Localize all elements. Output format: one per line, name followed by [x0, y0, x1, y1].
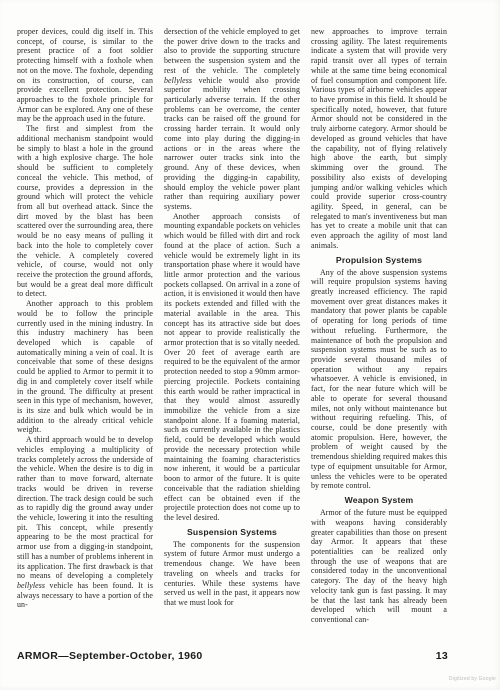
paragraph: dersection of the vehicle employed to ge…	[164, 27, 300, 212]
paragraph: new approaches to improve terrain crossi…	[311, 27, 447, 251]
paragraph: Any of the above suspension systems will…	[311, 268, 447, 492]
page-number: 13	[436, 650, 448, 662]
paragraph: Another approach to this problem would b…	[17, 299, 153, 435]
paragraph: Armor of the future must be equipped wit…	[311, 508, 447, 625]
scanned-magazine-page: proper devices, could dig itself in. Thi…	[0, 0, 500, 690]
text-column-2: dersection of the vehicle employed to ge…	[164, 27, 300, 648]
section-heading: Propulsion Systems	[311, 255, 447, 265]
paragraph: Another approach consists of mounting ex…	[164, 212, 300, 523]
journal-issue-line: ARMOR—September-October, 1960	[17, 650, 203, 662]
paragraph: proper devices, could dig itself in. Thi…	[17, 27, 153, 124]
paragraph: A third approach would be to develop veh…	[17, 435, 153, 610]
paragraph: The first and simplest from the addition…	[17, 124, 153, 299]
paragraph: The components for the suspension system…	[164, 540, 300, 608]
section-heading: Weapon System	[311, 495, 447, 505]
text-column-1: proper devices, could dig itself in. Thi…	[17, 27, 153, 648]
article-columns: proper devices, could dig itself in. Thi…	[17, 27, 448, 648]
digitized-by-google-watermark: Digitized by Google	[449, 676, 496, 682]
section-heading: Suspension Systems	[164, 527, 300, 537]
page-footer: ARMOR—September-October, 1960 13	[17, 650, 448, 662]
text-column-3: new approaches to improve terrain crossi…	[311, 27, 447, 648]
